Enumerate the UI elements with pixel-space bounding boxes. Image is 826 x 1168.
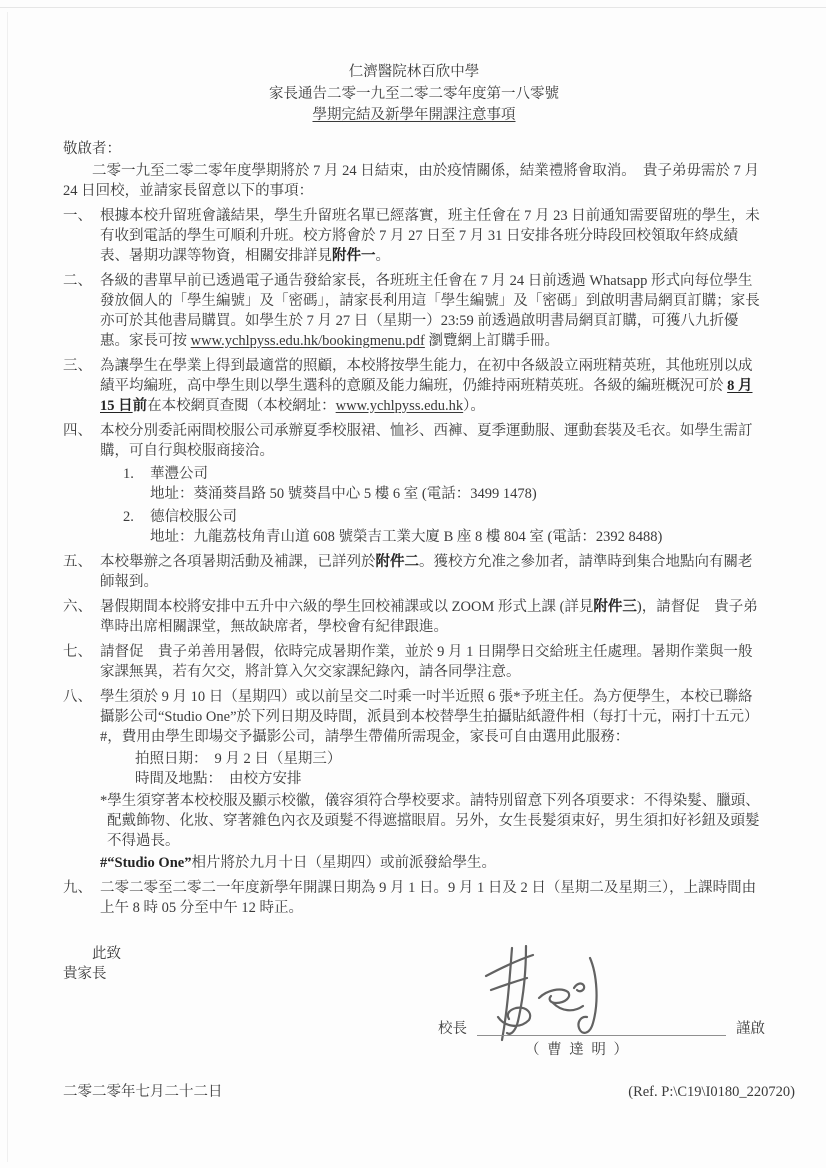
uniform-company-1: 1. 華灃公司 地址：葵涌葵昌路 50 號葵昌中心 5 樓 6 室 (電話：34… [123, 464, 765, 504]
booking-url: www.ychlpyss.edu.hk/bookingmenu.pdf [191, 333, 425, 349]
company-name: 華灃公司 [150, 464, 765, 484]
reference-code: (Ref. P:\C19\I0180_220720) [628, 1082, 795, 1102]
notice-item-1: 一、 根據本校升留班會議結果，學生升留班名單已經落實，班主任會在 7 月 23 … [63, 206, 765, 266]
company-number: 1. [123, 464, 134, 484]
item-number: 四、 [63, 421, 92, 441]
item-text: 各級的書單早前已透過電子通告發給家長，各班班主任會在 7 月 24 日前透過 W… [100, 273, 760, 349]
photo-details: 拍照日期：9 月 2 日（星期三） 時間及地點：由校方安排 [135, 749, 765, 789]
salutation: 敬啟者： [63, 139, 765, 159]
notice-item-7: 七、 請督促 貴子弟善用暑假，依時完成暑期作業，並於 9 月 1 日開學日交給班… [63, 642, 765, 682]
item-text: 二零二零至二零二一年度新學年開課日期為 9 月 1 日。9 月 1 日及 2 日… [100, 880, 756, 916]
company-address: 地址：九龍荔枝角青山道 608 號榮吉工業大廈 B 座 8 樓 804 室 (電… [150, 527, 765, 547]
item-text: 本校舉辦之各項暑期活動及補課，已詳列於附件二。獲校方允准之參加者，請準時到集合地… [100, 554, 753, 590]
document-content: 仁濟醫院林百欣中學 家長通告二零一九至二零二零年度第一八零號 學期完結及新學年開… [63, 62, 765, 918]
scan-edge-top [0, 7, 826, 8]
item-number: 二、 [63, 271, 92, 291]
closing-this: 此致 [63, 944, 121, 964]
item-number: 五、 [63, 552, 92, 572]
document-footer: 二零二零年七月二十二日 (Ref. P:\C19\I0180_220720) [63, 1082, 795, 1102]
item-number: 一、 [63, 206, 92, 226]
issue-date: 二零二零年七月二十二日 [63, 1082, 223, 1102]
signature-role: 校長 [438, 1019, 467, 1039]
photo-time-line: 時間及地點：由校方安排 [135, 769, 765, 789]
item-number: 七、 [63, 642, 92, 662]
item-text: 本校分別委託兩間校服公司承辦夏季校服裙、恤衫、西褲、夏季運動服、運動套裝及毛衣。… [100, 423, 753, 459]
principal-name: （ 曹 達 明 ） [438, 1040, 765, 1060]
item-number: 三、 [63, 356, 92, 376]
scan-edge-left [7, 12, 8, 1162]
photo-date-label: 拍照日期： [135, 751, 208, 767]
notice-item-3: 三、 為讓學生在學業上得到最適當的照顧，本校將按學生能力，在初中各級設立兩班精英… [63, 356, 765, 416]
notice-item-6: 六、 暑假期間本校將安排中五升中六級的學生回校補課或以 ZOOM 形式上課 (詳… [63, 597, 765, 637]
item-text: 學生須於 9 月 10 日（星期四）或以前呈交二吋乘一吋半近照 6 張*予班主任… [100, 689, 759, 745]
company-name: 德信校服公司 [150, 507, 765, 527]
intro-paragraph: 二零一九至二零二零年度學期將於 7 月 24 日結束，由於疫情關係，結業禮將會取… [63, 161, 765, 201]
item-number: 九、 [63, 878, 92, 898]
item-text: 請督促 貴子弟善用暑假，依時完成暑期作業，並於 9 月 1 日開學日交給班主任處… [100, 644, 753, 680]
item-text: 暑假期間本校將安排中五升中六級的學生回校補課或以 ZOOM 形式上課 (詳見附件… [100, 599, 758, 635]
item-text: 根據本校升留班會議結果，學生升留班名單已經落實，班主任會在 7 月 23 日前通… [100, 208, 760, 264]
notice-item-8: 八、 學生須於 9 月 10 日（星期四）或以前呈交二吋乘一吋半近照 6 張*予… [63, 687, 765, 873]
notice-item-9: 九、 二零二零至二零二一年度新學年開課日期為 9 月 1 日。9 月 1 日及 … [63, 878, 765, 918]
closing-block: 此致 貴家長 [63, 944, 121, 984]
company-number: 2. [123, 507, 134, 527]
scanned-notice-page: 仁濟醫院林百欣中學 家長通告二零一九至二零二零年度第一八零號 學期完結及新學年開… [0, 0, 826, 1168]
notice-subject-text: 學期完結及新學年開課注意事項 [313, 107, 516, 123]
closing-recipient: 貴家長 [63, 964, 121, 984]
photo-time-label: 時間及地點： [135, 771, 222, 787]
studio-one-note: #“Studio One”相片將於九月十日（星期四）或前派發給學生。 [100, 853, 765, 873]
uniform-company-2: 2. 德信校服公司 地址：九龍荔枝角青山道 608 號榮吉工業大廈 B 座 8 … [123, 507, 765, 547]
notice-item-4: 四、 本校分別委託兩間校服公司承辦夏季校服裙、恤衫、西褲、夏季運動服、運動套裝及… [63, 421, 765, 547]
notice-item-2: 二、 各級的書單早前已透過電子通告發給家長，各班班主任會在 7 月 24 日前透… [63, 271, 765, 351]
uniform-note: *學生須穿著本校校服及顯示校徽，儀容須符合學校要求。請特別留意下列各項要求：不得… [100, 791, 765, 851]
photo-date-line: 拍照日期：9 月 2 日（星期三） [135, 749, 765, 769]
company-address: 地址：葵涌葵昌路 50 號葵昌中心 5 樓 6 室 (電話：3499 1478) [150, 484, 765, 504]
item-number: 八、 [63, 687, 92, 707]
school-url: www.ychlpyss.edu.hk [336, 398, 464, 414]
notice-subject: 學期完結及新學年開課注意事項 [63, 105, 765, 127]
notice-number: 家長通告二零一九至二零二零年度第一八零號 [63, 84, 765, 106]
item-text: 為讓學生在學業上得到最適當的照顧，本校將按學生能力，在初中各級設立兩班精英班，其… [100, 358, 753, 414]
signature-line [477, 1025, 726, 1036]
photo-time-value: 由校方安排 [229, 771, 302, 787]
signature-row: 校長 謹啟 [438, 1019, 765, 1039]
school-name: 仁濟醫院林百欣中學 [63, 62, 765, 84]
signature-block: 校長 謹啟 （ 曹 達 明 ） [438, 1019, 765, 1060]
photo-date-value: 9 月 2 日（星期三） [215, 751, 342, 767]
document-header: 仁濟醫院林百欣中學 家長通告二零一九至二零二零年度第一八零號 學期完結及新學年開… [63, 62, 765, 127]
signature-respect: 謹啟 [736, 1019, 765, 1039]
notice-item-5: 五、 本校舉辦之各項暑期活動及補課，已詳列於附件二。獲校方允准之參加者，請準時到… [63, 552, 765, 592]
item-number: 六、 [63, 597, 92, 617]
